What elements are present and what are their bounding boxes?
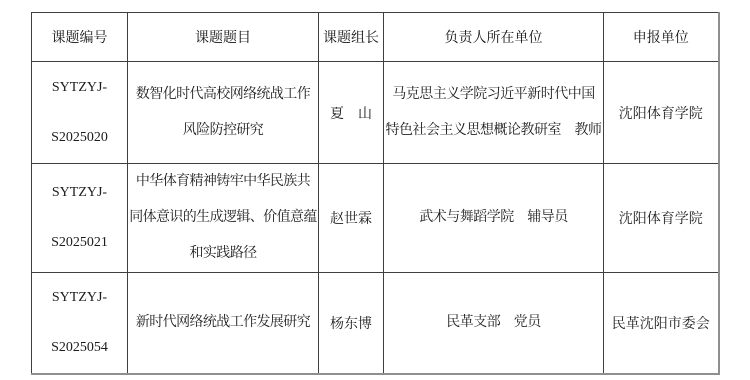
title-line: 数智化时代高校网络统战工作 — [128, 77, 318, 113]
code-line: S2025020 — [32, 113, 127, 163]
table-row: SYTZYJ- S2025054 新时代网络统战工作发展研究 杨东博 民革支部 … — [32, 273, 719, 375]
project-code-cell: SYTZYJ- S2025020 — [32, 62, 128, 164]
title-line: 同体意识的生成逻辑、价值意蕴 — [128, 200, 318, 236]
org-line: 马克思主义学院习近平新时代中国 — [384, 77, 603, 113]
title-line: 风险防控研究 — [128, 113, 318, 149]
table-row: SYTZYJ- S2025020 数智化时代高校网络统战工作 风险防控研究 夏 … — [32, 62, 719, 164]
project-title-cell: 中华体育精神铸牢中华民族共 同体意识的生成逻辑、价值意蕴 和实践路径 — [128, 164, 319, 273]
leader-org-cell: 武术与舞蹈学院 辅导员 — [384, 164, 604, 273]
header-project-code: 课题编号 — [32, 13, 128, 62]
applicant-org-cell: 沈阳体育学院 — [604, 164, 719, 273]
title-line: 中华体育精神铸牢中华民族共 — [128, 164, 318, 200]
project-title-cell: 数智化时代高校网络统战工作 风险防控研究 — [128, 62, 319, 164]
code-line: SYTZYJ- — [32, 273, 127, 323]
leader-org-cell: 民革支部 党员 — [384, 273, 604, 375]
project-leader-cell: 杨东博 — [319, 273, 384, 375]
code-line: SYTZYJ- — [32, 168, 127, 218]
project-leader-cell: 赵世霖 — [319, 164, 384, 273]
header-project-title: 课题题目 — [128, 13, 319, 62]
header-applicant-org: 申报单位 — [604, 13, 719, 62]
code-line: S2025021 — [32, 218, 127, 268]
project-approval-table: 课题编号 课题题目 课题组长 负责人所在单位 申报单位 SYTZYJ- S202… — [31, 12, 720, 375]
leader-org-cell: 马克思主义学院习近平新时代中国 特色社会主义思想概论教研室 教师 — [384, 62, 604, 164]
applicant-org-cell: 民革沈阳市委会 — [604, 273, 719, 375]
title-line: 和实践路径 — [128, 236, 318, 272]
header-project-leader: 课题组长 — [319, 13, 384, 62]
table-row: SYTZYJ- S2025021 中华体育精神铸牢中华民族共 同体意识的生成逻辑… — [32, 164, 719, 273]
project-code-cell: SYTZYJ- S2025054 — [32, 273, 128, 375]
code-line: S2025054 — [32, 323, 127, 373]
project-leader-cell: 夏 山 — [319, 62, 384, 164]
org-line: 特色社会主义思想概论教研室 教师 — [384, 113, 603, 149]
document-page: 课题编号 课题题目 课题组长 负责人所在单位 申报单位 SYTZYJ- S202… — [0, 0, 750, 380]
code-line: SYTZYJ- — [32, 63, 127, 113]
project-title-cell: 新时代网络统战工作发展研究 — [128, 273, 319, 375]
title-line: 新时代网络统战工作发展研究 — [128, 305, 318, 341]
org-line: 武术与舞蹈学院 辅导员 — [384, 200, 603, 236]
table-header-row: 课题编号 课题题目 课题组长 负责人所在单位 申报单位 — [32, 13, 719, 62]
applicant-org-cell: 沈阳体育学院 — [604, 62, 719, 164]
project-code-cell: SYTZYJ- S2025021 — [32, 164, 128, 273]
header-leader-org: 负责人所在单位 — [384, 13, 604, 62]
org-line: 民革支部 党员 — [384, 305, 603, 341]
